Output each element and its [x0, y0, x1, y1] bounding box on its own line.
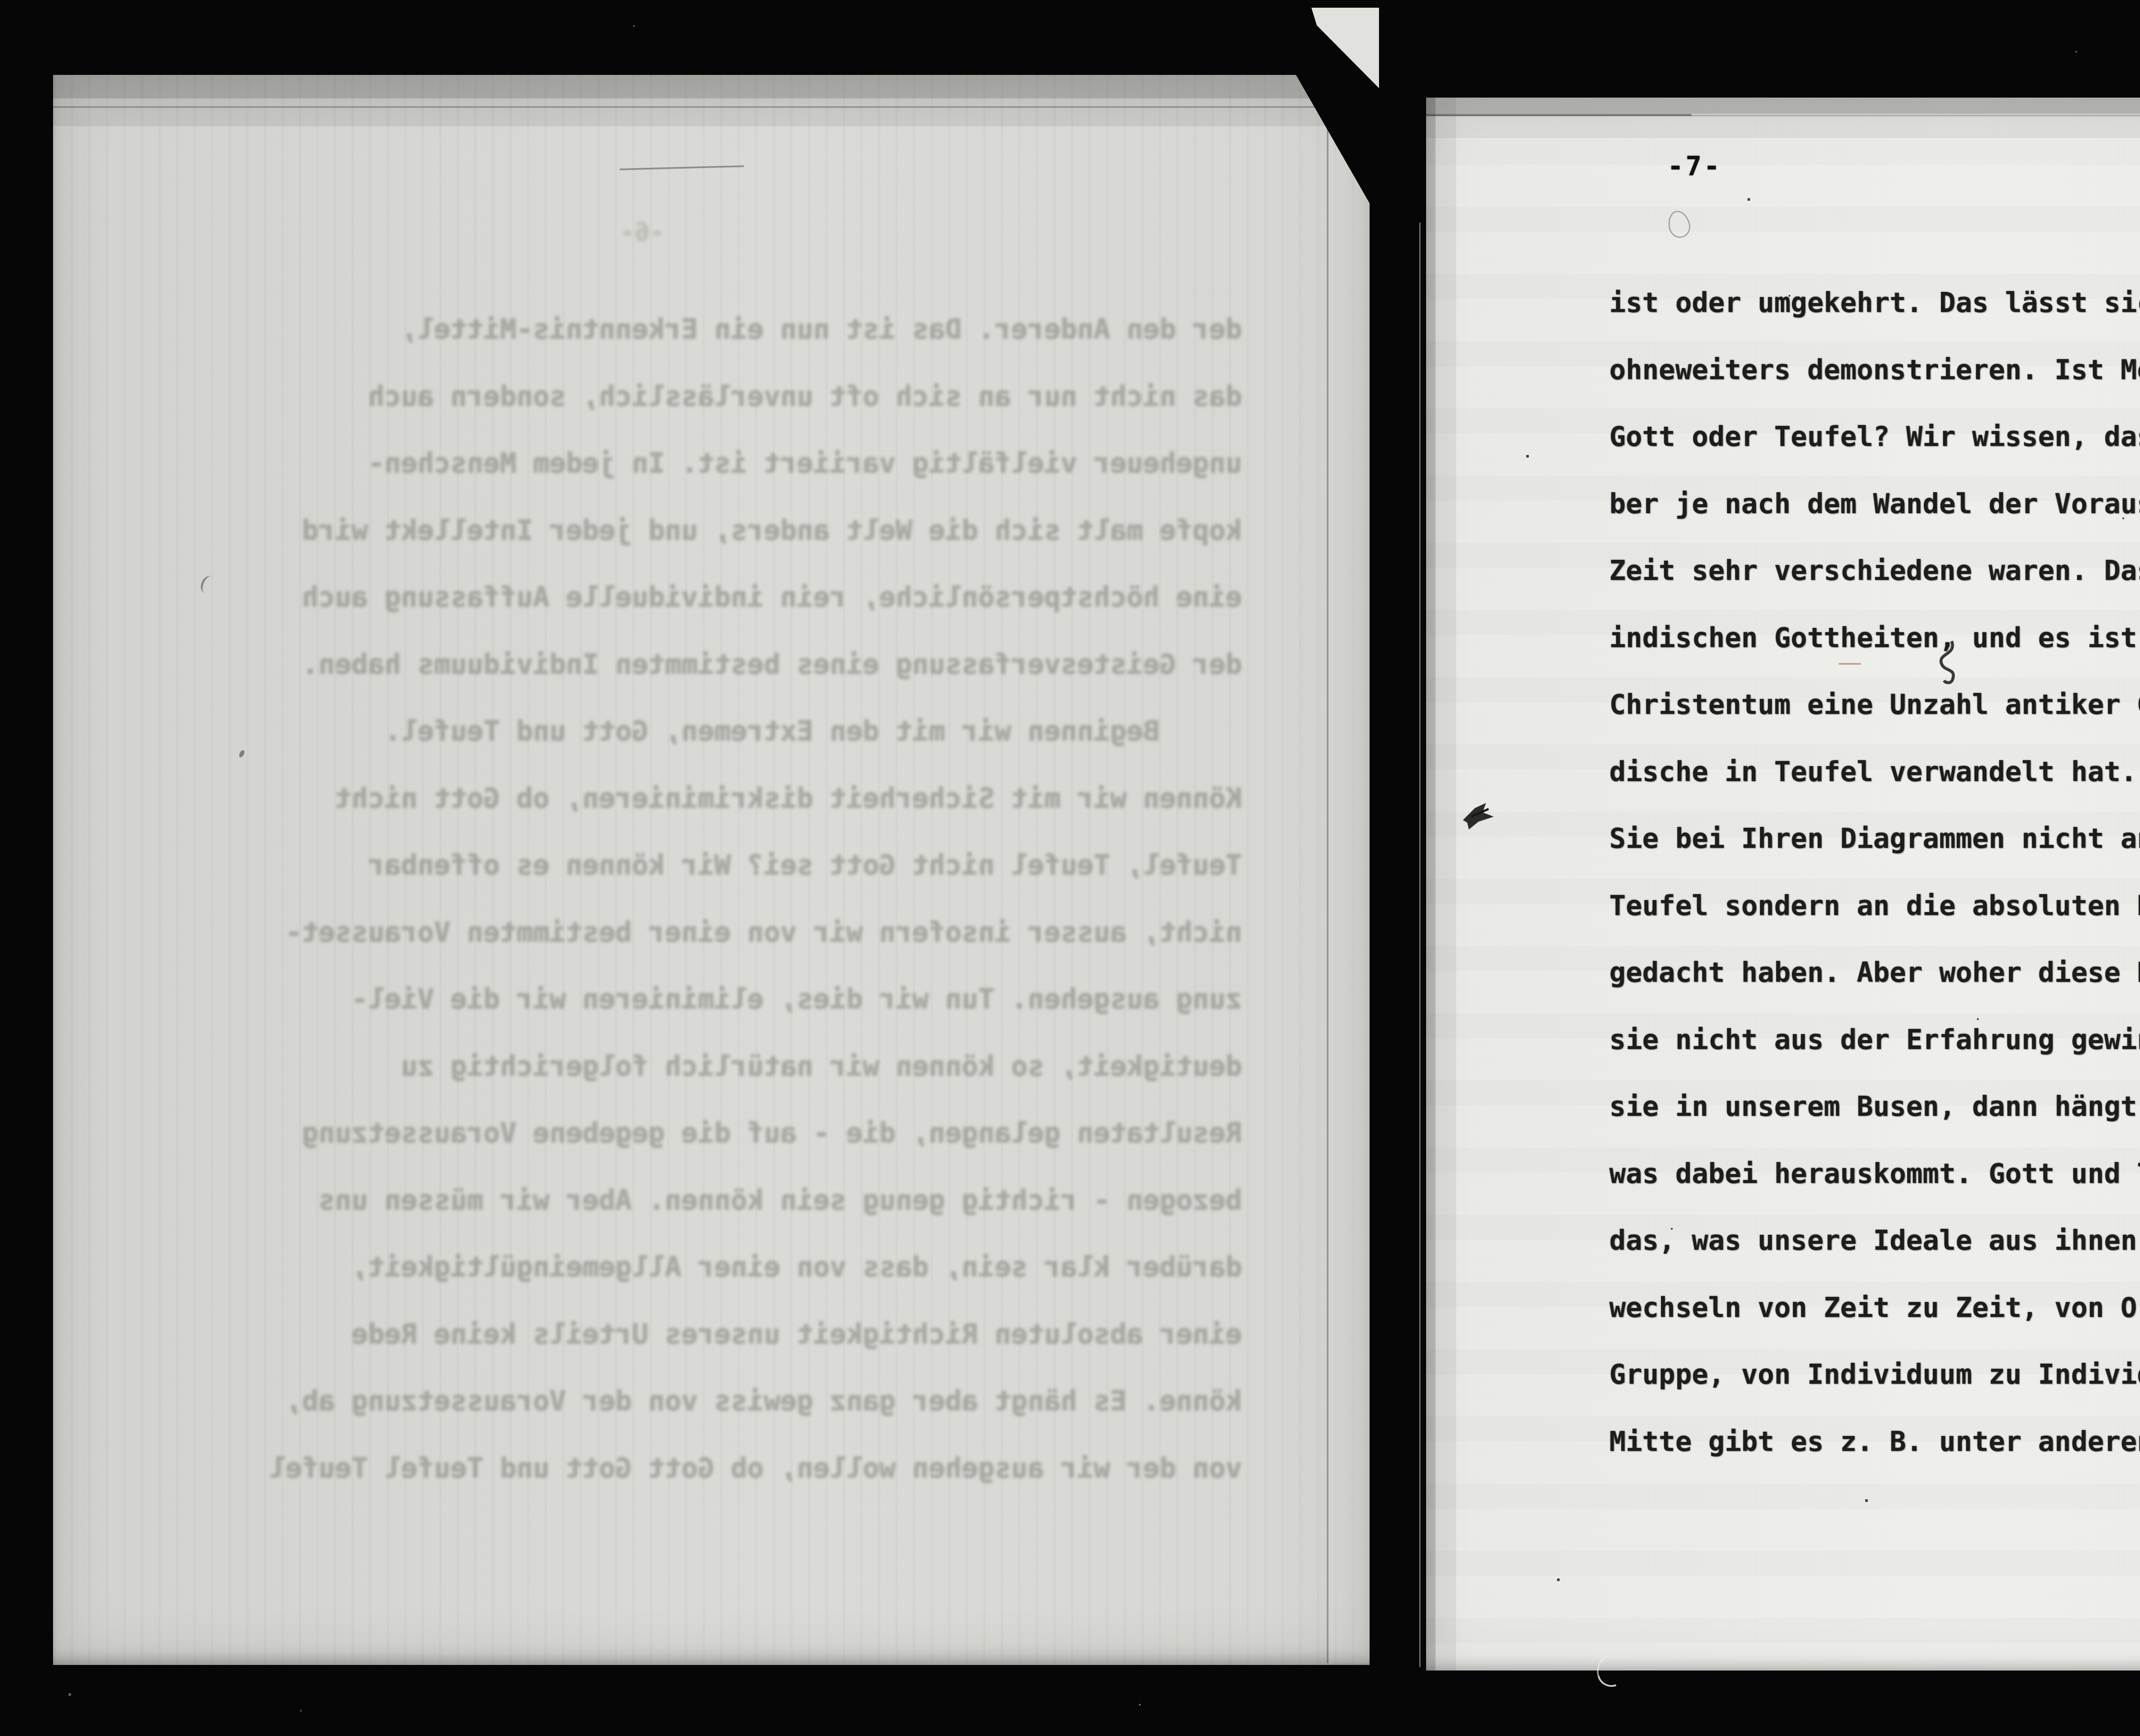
red-underline-mark	[1839, 663, 1861, 665]
typewritten-line: Christentum eine Unzahl antiker Götter, …	[1609, 672, 2140, 739]
bleedthrough-line: Resultaten gelangen, die - auf die gegeb…	[201, 1100, 1242, 1167]
bleedthrough-text-block: der den Anderer. Das ist nun ein Erkennt…	[201, 296, 1242, 1502]
bleedthrough-line: das nicht nur an sich oft unverlässlich,…	[201, 363, 1242, 431]
bleedthrough-line: von der wir ausgehen wollen, ob Gott Got…	[201, 1435, 1242, 1502]
bleedthrough-line: bezogen - richtig genug sein können. Abe…	[201, 1167, 1242, 1234]
typewritten-line: Mitte gibt es z. B. unter anderen den Go…	[1609, 1409, 2140, 1476]
typewritten-line: ber je nach dem Wandel der Voraussetzung…	[1609, 471, 2140, 538]
bleedthrough-line: Teufel, Teufel nicht Gott sei? Wir könne…	[201, 832, 1242, 899]
typewritten-line: dische in Teufel verwandelt hat. Ich wei…	[1609, 739, 2140, 806]
crease-line	[1426, 114, 1691, 116]
typewritten-line: sie nicht aus der Erfahrung gewinnen kön…	[1609, 1007, 2140, 1074]
typewritten-line: was dabei herauskommt. Gott und Teufel s…	[1609, 1141, 2140, 1208]
bleedthrough-line: zung ausgehen. Tun wir dies, eliminieren…	[201, 966, 1242, 1033]
crease-line	[53, 106, 1370, 108]
typewritten-line: Sie bei Ihren Diagrammen nicht an bestim…	[1609, 806, 2140, 873]
bleedthrough-line: könne. Es hängt aber ganz gewiss von der…	[201, 1368, 1242, 1435]
typewritten-line: indischen Gottheiten, und es ist uns bek…	[1609, 605, 2140, 672]
typewritten-line: ist oder umgekehrt. Das lässt sich aus d…	[1609, 270, 2140, 337]
crease-line	[1327, 110, 1329, 1663]
bleedthrough-line: darüber klar sein, dass von einer Allgem…	[201, 1234, 1242, 1301]
document-scan: -6- der den Anderer. Das ist nun ein Erk…	[0, 0, 2140, 1736]
bleedthrough-line: nicht, ausser insofern wir von einer bes…	[201, 899, 1242, 966]
page-edge-strip	[1329, 110, 1370, 1663]
bleedthrough-line: deutigkeit, so können wir natürlich folg…	[201, 1033, 1242, 1100]
typewritten-line: sie in unserem Busen, dann hängt es eben…	[1609, 1073, 2140, 1141]
bleedthrough-line: einer absoluten Richtigkeit unseres Urte…	[201, 1301, 1242, 1368]
bleedthrough-line: ungeheuer vielfältig variiert ist. In je…	[201, 430, 1242, 497]
ink-blot-mark	[1459, 800, 1500, 835]
typewritten-line: gedacht haben. Aber woher diese Begriffe…	[1609, 939, 2140, 1007]
typewritten-line: Gruppe, von Individuum zu Individuum. Au…	[1609, 1341, 2140, 1409]
page-edge-highlight	[1419, 223, 1421, 1667]
typewritten-line: Gott oder Teufel? Wir wissen, dass die M…	[1609, 404, 2140, 471]
bleedthrough-line: Beginnen wir mit den Extremen, Gott und …	[201, 698, 1242, 765]
typewritten-line: Teufel sondern an die absoluten Begriffe…	[1609, 873, 2140, 940]
typewritten-line: das, was unsere Ideale aus ihnen machen.…	[1609, 1207, 2140, 1275]
typewritten-line: wechseln von Zeit zu Zeit, von Ort zu Or…	[1609, 1275, 2140, 1342]
dust-specks	[0, 0, 1, 1]
bleedthrough-line: eine höchstpersönliche, rein individuell…	[201, 564, 1242, 631]
bleedthrough-line: der Geistesverfassung eines bestimmten I…	[201, 631, 1242, 699]
bleedthrough-line: kopfe malt sich die Welt anders, und jed…	[201, 497, 1242, 565]
page-number: -7-	[1667, 151, 1722, 182]
bleedthrough-line: der den Anderer. Das ist nun ein Erkennt…	[201, 296, 1242, 363]
bleedthrough-line: Können wir mit Sicherheit diskriminieren…	[201, 765, 1242, 832]
bleedthrough-page-number: -6-	[620, 217, 665, 247]
typewritten-line: Zeit sehr verschiedene waren. Dasselbe g…	[1609, 538, 2140, 605]
typewritten-text-block: ist oder umgekehrt. Das lässt sich aus d…	[1609, 270, 2140, 1475]
typewritten-line: ohneweiters demonstrieren. Ist Moloch, i…	[1609, 337, 2140, 404]
pen-squiggle-mark	[1925, 639, 1965, 687]
